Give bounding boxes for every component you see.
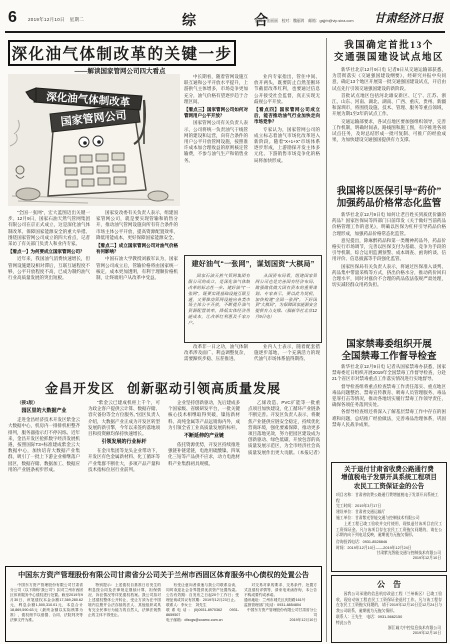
disposal-phone: 联系电话：(0)0931-8970362 0931-8659507: [166, 608, 239, 618]
jinchang-headline: 金昌开发区创新驱动引领高质量发展: [5, 378, 321, 397]
point4-body: 专家认为，国家管网公司的成立标志着油气市场化改革进入新阶段。随着“X+1+X”市…: [254, 127, 320, 164]
sidebar-article-b-title: 我国将以医保引导“药价” 加强药品价格常态化监管: [332, 186, 446, 211]
newspaper-page: 6 2019年12月10日 星期二 综 合 编辑：张丽丽 校对：魏丽鸿 邮箱：g…: [0, 0, 450, 644]
staff-line: 编辑：张丽丽 校对：魏丽鸿 邮箱：gsjjrb@vip.sina.com: [255, 19, 354, 24]
disposal-col-1: 中国东方资产管理股份有限公司甘肃省分公司（以下简称“我公司”）拟对兰州市西固区体…: [10, 583, 83, 637]
subbox-article: 建好油气“一张网”，谋划国资“大棋局” 国家石油天然气管网集团有限公司的成立，是…: [184, 255, 322, 343]
subbox-title: 建好油气“一张网”，谋划国资“大棋局”: [187, 259, 319, 269]
announcement-title: 公告: [332, 579, 446, 590]
sidebar-article-a-title: 我国确定首批13个 交通强国建设试点地区: [332, 41, 446, 65]
point1-question: 为何要成立国家管网公司？: [31, 249, 85, 254]
main-col-2: 国家发改委有关负责人表示，组建国家管网公司，就是要实现管输和销售分开，推动油气管…: [96, 210, 178, 372]
point1-marker: 【看点一】: [8, 249, 31, 254]
jinchang-col-3: 企业坚持创新驱动，先后建成多个国家级、省级研发平台，一批关键核心技术相继取得突破…: [168, 400, 240, 560]
sidebar-article-c-title: 国家禁毒委组织开展 全国禁毒工作督导检查: [332, 339, 446, 364]
jinchang-col-4: 乙烯改造、PVC扩能等一批重点项目加快建设，化工循环产业链条不断完善。开发区负责…: [248, 400, 320, 560]
main-headline: 深化油气体制改革的关键一步: [11, 42, 232, 64]
announcement-body: 因我公司承建的信息机房改造工程（兰州新区）已竣工验收，现启动该工程农民工工资保证…: [336, 592, 442, 614]
point3-marker: 【看点三】: [184, 107, 207, 112]
disposal-col-4: 对交易对象的要求、交易条件、处置方式及债权详情等，请来电来函咨询，本公告不构成要…: [244, 583, 317, 637]
disposal-col-3: 有受让意向者请速与我公司联系洽谈，同时欢迎社会各界提供优质资产处置线索。公告有效…: [166, 583, 239, 637]
newspaper-logo: 甘肃经济日报: [374, 10, 443, 26]
refund-notice-title: 关于退付甘肃省收费公路通行费 增值税电子发票开具系统工程项目 农民工工资保证金的…: [334, 466, 444, 491]
main-col-1: “全国一张网”，宏大蓝图迈出关键一步。12月9日，国家石油天然气管网集团有限公司…: [8, 210, 90, 372]
main-bridge3: 业内专家指出，管住中间、放开两头，既要防止自然垄断环节截留改革红利，也要通过信息…: [254, 74, 320, 105]
jinchang-subhead-3: 不断延伸的产业链: [168, 433, 240, 440]
main-tail-2: 业内人士表示，随着配套措施逐步落地，一个充满活力的现代油气市场体系值得期待。: [254, 344, 320, 372]
announcement-box: 公告 因我公司承建的信息机房改造工程（兰州新区）已竣工验收，现启动该工程农民工工…: [331, 575, 447, 643]
column-divider: [326, 38, 327, 642]
sidebar-article-c-body: 新华社北京12月9日电 记者从国家禁毒办获悉，国家禁毒委近日组织开展2019年全…: [332, 364, 446, 458]
continued-note: （接1版）: [8, 400, 80, 406]
jinchang-subhead-1: 园区里的大数据产业: [8, 408, 80, 415]
jinchang-col-1: （接1版） 园区里的大数据产业 走进金昌经济技术开发区紫金云大数据中心，机房内一…: [8, 400, 80, 560]
point2-marker: 【看点二】: [96, 243, 119, 248]
main-bridge1: 国家发改委有关负责人表示，组建国家管网公司，就是要实现管输和销售分开，推动油气管…: [96, 210, 178, 241]
disposal-email: 电子邮箱：dfzcgs@coamc.com.cn: [166, 618, 239, 623]
main-col-4: 业内专家指出，管住中间、放开两头，既要防止自然垄断环节截留改革红利，也要通过信息…: [254, 74, 320, 252]
main-bridge2: 中长期看，随着管网设施互联互通和公平开放水平提升，上游供气主体增多，市场竞争更加…: [184, 74, 248, 105]
disposal-signature: 中国东方资产管理股份有限公司甘肃省分公司: [244, 608, 317, 618]
header-rule: [5, 31, 445, 33]
disposal-date: 2019年12月10日: [244, 618, 317, 623]
announcement-date: 2019年12月10日: [337, 631, 441, 636]
main-lede: “全国一张网”，宏大蓝图迈出关键一步。12月9日，国家石油天然气管网集团有限公司…: [8, 210, 90, 247]
jinchang-subhead-2: 引领发展的行业标杆: [88, 439, 160, 446]
notice-d-body: 上述工程已竣工验收并交付使用，现拟退付该项目农民工工资保证金。凡与该项目存在农民…: [336, 522, 442, 539]
main-tail-1: 改革非一日之功，油气体制改革涉及面广、利益调整复杂，需要蹄疾步稳、压茬推进。: [184, 344, 248, 372]
subbox-col-1: 国家石油天然气管网集团有限公司的成立，是深化油气体制改革的标志性一步。建好油气“…: [188, 273, 250, 337]
notice-d-date: 2019年12月10日: [337, 556, 441, 561]
main-headline-box: 深化油气体制改革的关键一步: [8, 40, 236, 66]
sidebar-article-b-body: 新华社北京12月9日电 如何让老百姓买到质优价廉的药品？国家医保局等四部门日前印…: [332, 212, 446, 336]
disposal-col-2: 特别提示：上述债权自基准日后发生的利息按合同及法律规定继续计算，担保情况、诉讼情…: [88, 583, 161, 637]
jinchang-col-2: “紫金云已建成机柜上千个，可为政企客户提供云计算、数据存储、容灾备份等全方位服务…: [88, 400, 160, 560]
point3-body: 国家管网公司有关负责人表示，公司将统一负责油气干线管网的建设和运营，向符合条件的…: [184, 120, 248, 163]
notice-d-contractor: 施工单位：甘肃紫光智能交通与控制技术有限公司: [336, 516, 442, 522]
refund-notice-box: 关于退付甘肃省收费公路通行费 增值税电子发票开具系统工程项目 农民工工资保证金的…: [331, 462, 447, 572]
notice-d-project: 项目名称：甘肃省收费公路通行费增值税电子发票开具系统工程: [336, 493, 442, 504]
disposal-notice-box: 中国东方资产管理股份有限公司甘肃省分公司关于兰州市西固区体育服务中心债权的处置公…: [5, 566, 322, 642]
subbox-col-2: 从国资布局看，组建国家管网公司也是完善国有经济布局、做强做优做大国有资本的重要谋…: [255, 273, 317, 337]
disposal-notice-title: 中国东方资产管理股份有限公司甘肃省分公司关于兰州市西固区体育服务中心债权的处置公…: [8, 570, 319, 580]
point4-marker: 【看点四】: [254, 107, 280, 112]
point2-body: 中国石油大学教授刘毅军认为，国家管网公司成立后，管输价格将由国家统一核定，成本更…: [96, 256, 178, 281]
sidebar-article-a-body: 新华社北京12月9日电 记者9日从交通运输部获悉，为贯彻落实《交通强国建设纲要》…: [332, 67, 446, 183]
cartoon-illustration: 国家管网公司 深化油气体制改革: [8, 74, 180, 206]
point1-body: 近年来，我国油气消费快速增长，但管网设施建设相对滞后，互联互通程度不够，公平开放…: [8, 256, 90, 281]
main-col-3: 中长期看，随着管网设施互联互通和公平开放水平提升，上游供气主体增多，市场竞争更加…: [184, 74, 248, 252]
